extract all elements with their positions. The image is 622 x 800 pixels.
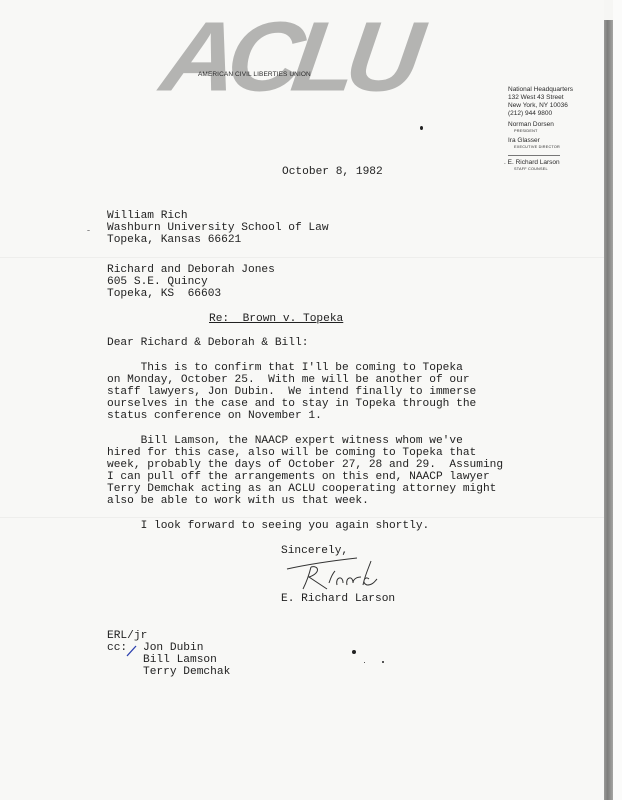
divider bbox=[508, 155, 560, 156]
officer-name: Ira Glasser bbox=[508, 137, 573, 145]
paragraph-3: I look forward to seeing you again short… bbox=[107, 520, 429, 532]
signer-name: E. Richard Larson bbox=[281, 593, 395, 605]
ink-speck bbox=[364, 662, 365, 663]
paragraph-line: staff lawyers, Jon Dubin. We intend fina… bbox=[107, 386, 476, 398]
ink-speck bbox=[87, 230, 90, 231]
handwritten-signature bbox=[285, 555, 405, 595]
office-phone: (212) 944 9800 bbox=[508, 110, 573, 118]
office-title: National Headquarters bbox=[508, 86, 573, 94]
typist-initials: ERL/jr bbox=[107, 630, 147, 642]
recipient-2-street: 605 S.E. Quincy bbox=[107, 276, 208, 288]
recipient-1-institution: Washburn University School of Law bbox=[107, 222, 329, 234]
fold-line bbox=[0, 257, 604, 258]
recipient-1-city: Topeka, Kansas 66621 bbox=[107, 234, 241, 246]
salutation: Dear Richard & Deborah & Bill: bbox=[107, 337, 308, 349]
cc-recipient: Terry Demchak bbox=[143, 666, 230, 678]
office-street: 132 West 43 Street bbox=[508, 94, 573, 102]
recipient-2-city: Topeka, KS 66603 bbox=[107, 288, 221, 300]
paragraph-line: Bill Lamson, the NAACP expert witness wh… bbox=[107, 435, 463, 447]
page-edge-shadow bbox=[604, 20, 613, 800]
paragraph-line: status conference on November 1. bbox=[107, 410, 322, 422]
letterhead-address-block: National Headquarters 132 West 43 Street… bbox=[508, 86, 573, 172]
paragraph-line: week, probably the days of October 27, 2… bbox=[107, 459, 503, 471]
officer-role: PRESIDENT bbox=[514, 129, 573, 134]
cc-recipient: Jon Dubin bbox=[143, 642, 203, 654]
paragraph-line: on Monday, October 25. With me will be a… bbox=[107, 374, 470, 386]
paragraph-line: I can pull off the arrangements on this … bbox=[107, 471, 490, 483]
ink-speck bbox=[352, 650, 356, 654]
paragraph-line: also be able to work with us that week. bbox=[107, 495, 369, 507]
recipient-2-name: Richard and Deborah Jones bbox=[107, 264, 275, 276]
cc-recipient: Bill Lamson bbox=[143, 654, 217, 666]
officer-name: Norman Dorsen bbox=[508, 121, 573, 129]
ink-speck bbox=[420, 126, 423, 130]
organization-name: AMERICAN CIVIL LIBERTIES UNION bbox=[198, 71, 311, 78]
paragraph-line: hired for this case, also will be coming… bbox=[107, 447, 476, 459]
ink-speck bbox=[382, 661, 384, 663]
officer-role: STAFF COUNSEL bbox=[514, 167, 573, 172]
paragraph-line: ourselves in the case and to stay in Top… bbox=[107, 398, 476, 410]
subject-line: Re: Brown v. Topeka bbox=[209, 313, 343, 325]
office-city: New York, NY 10036 bbox=[508, 102, 573, 110]
scan-margin bbox=[613, 0, 622, 800]
recipient-1-name: William Rich bbox=[107, 210, 188, 222]
letter-date: October 8, 1982 bbox=[282, 166, 383, 178]
officer-role: EXECUTIVE DIRECTOR bbox=[514, 145, 573, 150]
officer-name: . E. Richard Larson bbox=[504, 159, 573, 167]
paragraph-line: Terry Demchak acting as an ACLU cooperat… bbox=[107, 483, 496, 495]
fold-line bbox=[0, 517, 604, 518]
logo-letters: ACLU bbox=[156, 8, 419, 107]
paragraph-line: This is to confirm that I'll be coming t… bbox=[107, 362, 463, 374]
aclu-logo: ACLU AMERICAN CIVIL LIBERTIES UNION bbox=[170, 20, 380, 102]
check-mark-icon bbox=[125, 643, 139, 657]
